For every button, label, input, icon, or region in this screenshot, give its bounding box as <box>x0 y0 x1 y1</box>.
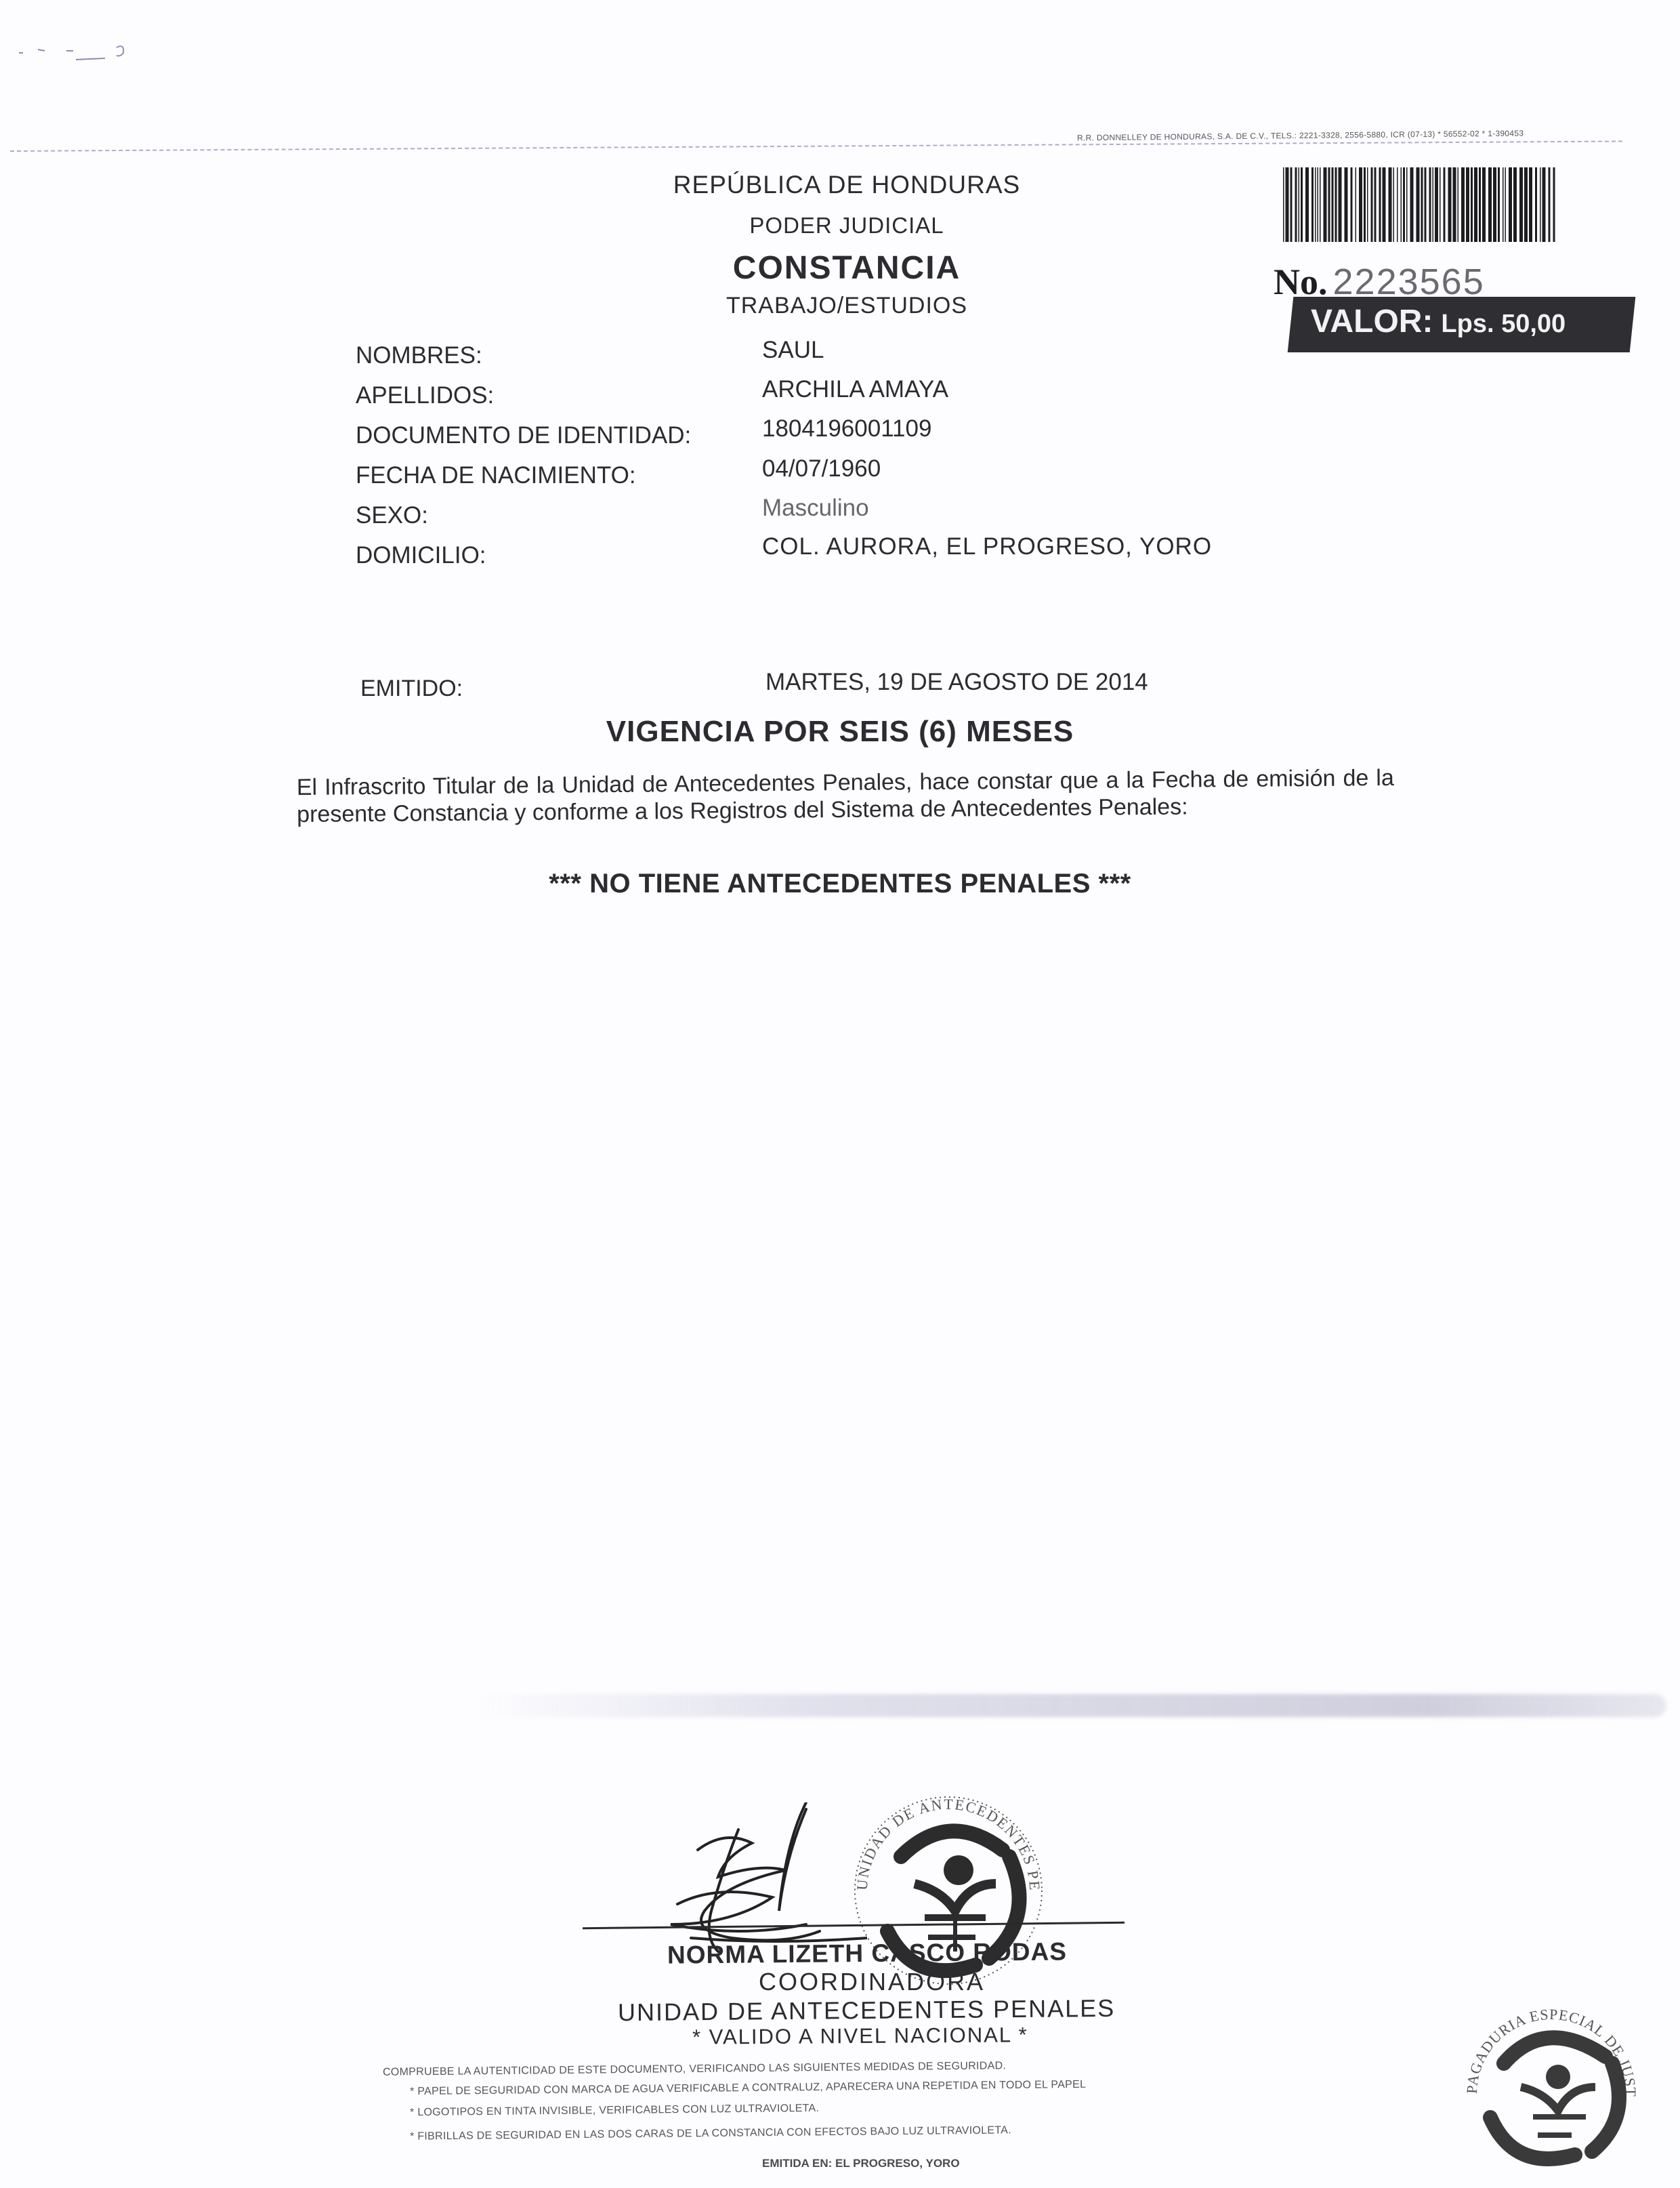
value-nombres: SAUL <box>762 337 824 364</box>
value-sexo: Masculino <box>762 495 869 522</box>
security-item: * FIBRILLAS DE SEGURIDAD EN LAS DOS CARA… <box>410 2124 1011 2143</box>
serial-value: 2223565 <box>1333 262 1485 302</box>
serial-prefix: No. <box>1274 262 1328 302</box>
national-validity: * VALIDO A NIVEL NACIONAL * <box>692 2023 1028 2049</box>
barcode <box>1282 167 1561 242</box>
label-documento: DOCUMENTO DE IDENTIDAD: <box>356 422 691 449</box>
issued-label: EMITIDO: <box>360 676 463 702</box>
security-intro: COMPRUEBE LA AUTENTICIDAD DE ESTE DOCUME… <box>383 2060 1006 2079</box>
signature <box>650 1802 867 1958</box>
value-documento: 1804196001109 <box>762 415 931 442</box>
label-domicilio: DOMICILIO: <box>356 542 486 569</box>
paper-fold-shadow <box>474 1694 1666 1717</box>
label-fecha-nacimiento: FECHA DE NACIMIENTO: <box>356 462 636 489</box>
validity-heading: VIGENCIA POR SEIS (6) MESES <box>0 715 1680 749</box>
signatory-name: NORMA LIZETH CASCO RODAS <box>667 1937 1067 1969</box>
header-branch: PODER JUDICIAL <box>644 213 1050 239</box>
valor-text: VALOR:Lps. 50,00 <box>1311 303 1566 340</box>
label-sexo: SEXO: <box>356 502 428 529</box>
value-apellidos: ARCHILA AMAYA <box>762 376 948 403</box>
criminal-record-result: *** NO TIENE ANTECEDENTES PENALES *** <box>0 869 1680 899</box>
scan-marks <box>14 41 129 61</box>
signatory-unit: UNIDAD DE ANTECEDENTES PENALES <box>618 1994 1115 2027</box>
issued-in-location: EMITIDA EN: EL PROGRESO, YORO <box>762 2157 960 2170</box>
payment-stamp-icon: PAGADURIA ESPECIAL DE JUSTICIA <box>1453 1982 1650 2179</box>
header-country: REPÚBLICA DE HONDURAS <box>644 171 1050 199</box>
perforation-line <box>10 140 1622 152</box>
issued-date: MARTES, 19 DE AGOSTO DE 2014 <box>765 669 1148 696</box>
security-item: * LOGOTIPOS EN TINTA INVISIBLE, VERIFICA… <box>410 2103 819 2119</box>
document-title: CONSTANCIA <box>644 249 1050 287</box>
signatory-role: COORDINADORA <box>759 1968 985 1996</box>
document-subtitle: TRABAJO/ESTUDIOS <box>644 293 1050 319</box>
security-item: * PAPEL DE SEGURIDAD CON MARCA DE AGUA V… <box>410 2079 1086 2098</box>
value-domicilio: COL. AURORA, EL PROGRESO, YORO <box>762 533 1212 560</box>
statement-paragraph: El Infrascrito Titular de la Unidad de A… <box>297 764 1395 828</box>
printer-imprint: R.R. DONNELLEY DE HONDURAS, S.A. DE C.V.… <box>1077 129 1524 143</box>
value-fecha-nacimiento: 04/07/1960 <box>762 455 881 482</box>
valor-label: VALOR: <box>1311 304 1433 339</box>
label-nombres: NOMBRES: <box>356 342 482 369</box>
valor-amount: Lps. 50,00 <box>1441 310 1566 338</box>
label-apellidos: APELLIDOS: <box>356 382 494 409</box>
